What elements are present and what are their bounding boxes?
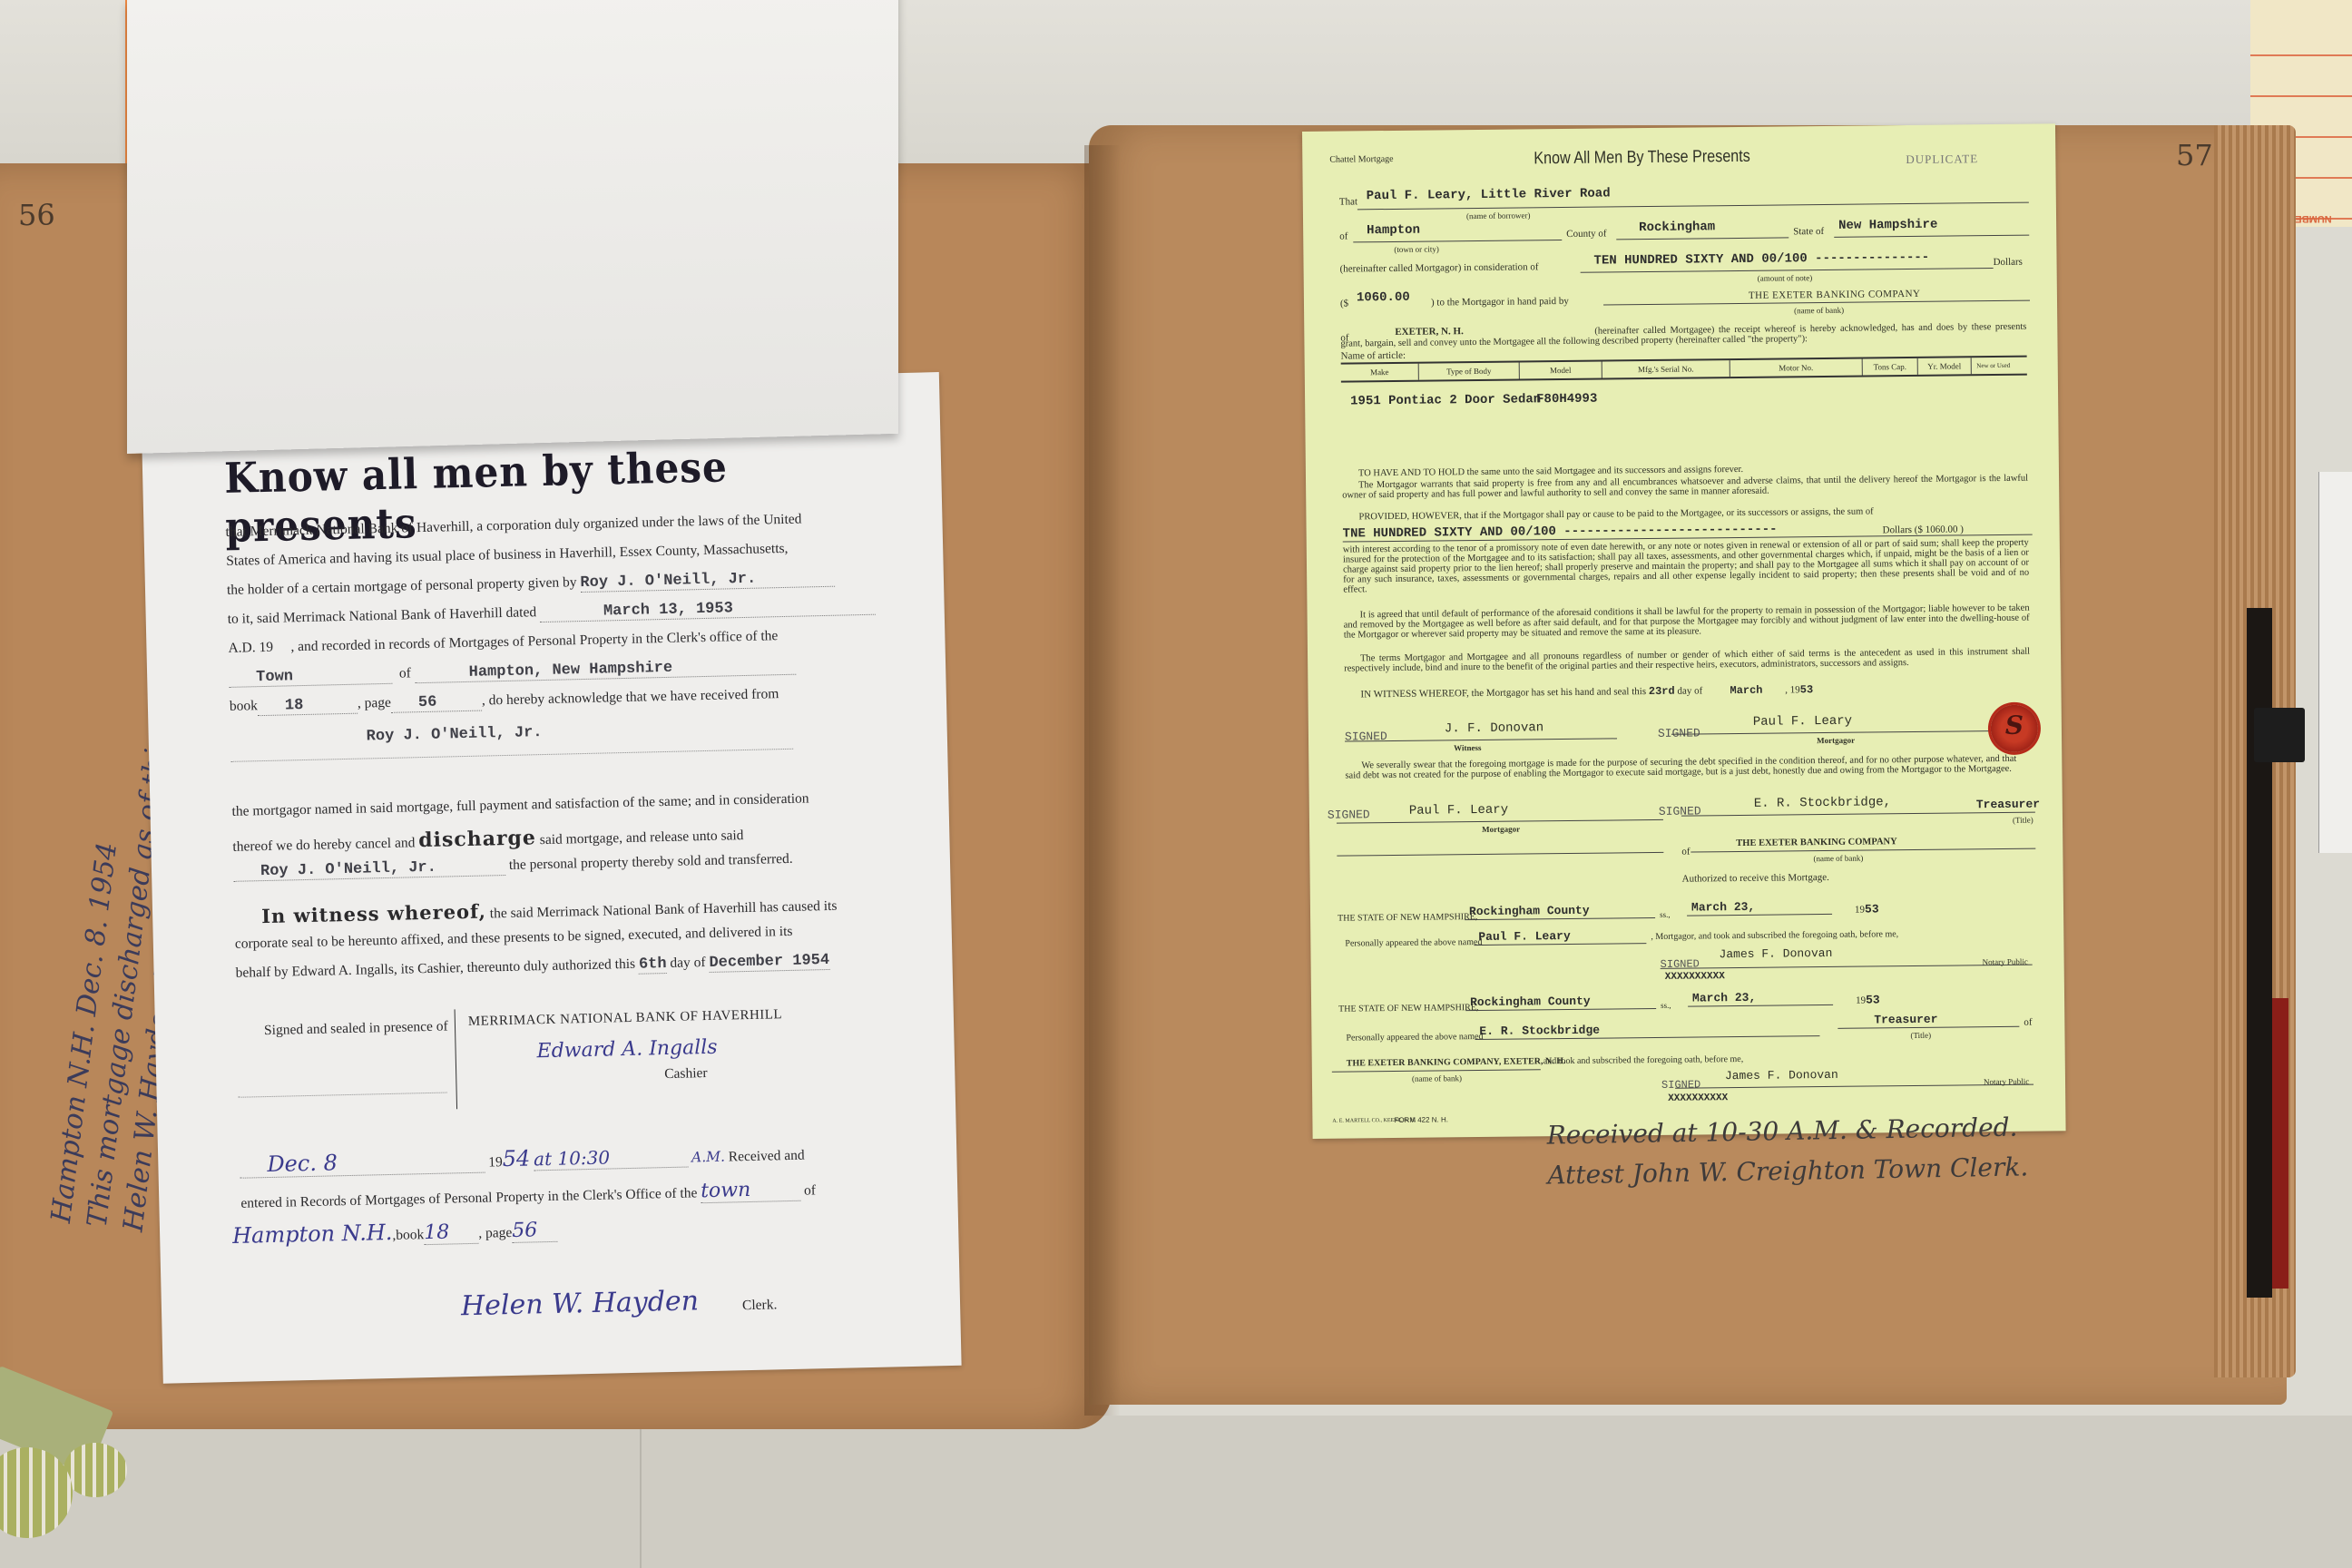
recording-book: 18: [424, 1220, 479, 1245]
witness-line: [239, 1092, 447, 1098]
divider: [455, 1009, 457, 1109]
state-label: State of: [1793, 226, 1824, 237]
dollars-amount-2: Dollars ($ 1060.00 ): [1883, 524, 1964, 535]
para-provided: PROVIDED, HOWEVER, that if the Mortgagor…: [1342, 505, 2028, 523]
loose-sheet: [2318, 472, 2352, 853]
ack1-notary: James F. Donovan: [1719, 946, 1832, 961]
doc-text: thereof we do hereby cancel and discharg…: [232, 821, 744, 857]
signed-label: SIGNED: [1661, 1078, 1700, 1091]
caption: (town or city): [1394, 244, 1439, 254]
caption: (name of bank): [1813, 854, 1863, 864]
col-make: Make: [1341, 364, 1418, 381]
mortgagor-signature: Paul F. Leary: [1753, 714, 1852, 730]
doc-text: In witness whereof, the said Merrimack N…: [261, 892, 838, 927]
county-label: County of: [1566, 228, 1606, 239]
recording-page: 56: [512, 1219, 558, 1243]
witness-line: IN WITNESS WHEREOF, the Mortgagor has se…: [1360, 683, 1813, 701]
ack2-county: Rockingham County: [1470, 995, 1591, 1009]
appeared-label: Personally appeared the above named: [1345, 937, 1482, 949]
caption: Notary Public: [1984, 1077, 2029, 1087]
consideration-label: (hereinafter called Mortgagor) in consid…: [1340, 261, 1539, 274]
recording-date: Dec. 8: [240, 1147, 485, 1179]
ack2-year: 1953: [1856, 993, 1880, 1006]
signed-label: SIGNED: [1328, 808, 1370, 821]
ack2-title: Treasurer: [1874, 1013, 1937, 1027]
state-field: New Hampshire: [1838, 218, 1937, 233]
town-field: Hampton, New Hampshire: [415, 657, 796, 684]
property-table-header: Make Type of Body Model Mfg.'s Serial No…: [1341, 356, 2027, 383]
recording-office: town: [701, 1178, 801, 1203]
signed-label: SIGNED: [1659, 804, 1701, 818]
col-new-used: New or Used: [1971, 358, 2015, 375]
treasurer-signature: E. R. Stockbridge,: [1754, 795, 1891, 811]
caption: (amount of note): [1758, 273, 1813, 283]
caption: Witness: [1454, 743, 1481, 752]
page-number-right: 57: [2176, 138, 2213, 172]
oath-text: We severally swear that the foregoing mo…: [1345, 754, 2016, 781]
town-field: Hampton: [1367, 223, 1420, 239]
bank-field: THE EXETER BANKING COMPANY: [1749, 289, 1921, 301]
that-label: That: [1339, 196, 1357, 207]
vehicle-serial: F80H4993: [1536, 392, 1597, 407]
vehicle-description: 1951 Pontiac 2 Door Sedan: [1350, 392, 1541, 408]
cashier-label: Cashier: [664, 1065, 708, 1083]
page-field: 56: [391, 693, 482, 713]
clerk-label: Clerk.: [742, 1297, 778, 1314]
recording-year: 54: [502, 1145, 530, 1171]
col-tons: Tons Cap.: [1862, 358, 1917, 376]
town-type-field: Town: [229, 666, 392, 688]
month-year-field: December 1954: [709, 952, 829, 973]
doc-text: corporate seal to be hereunto affixed, a…: [235, 924, 793, 953]
clip-disc: [64, 1443, 127, 1497]
chattel-mortgage-document: Chattel Mortgage Know All Men By These P…: [1302, 123, 2066, 1139]
caption: (name of bank): [1412, 1073, 1462, 1083]
mortgage-discharge-document: Know all men by these presents that Merr…: [141, 372, 962, 1384]
ack2-name: E. R. Stockbridge: [1479, 1024, 1600, 1038]
doc-text: the mortgagor named in said mortgage, fu…: [231, 790, 808, 819]
struck-title: XXXXXXXXXX: [1665, 971, 1725, 983]
form-number: FORM 422 N. H.: [1394, 1115, 1448, 1124]
doc-text: Town of Hampton, New Hampshire: [229, 657, 796, 688]
cashier-signature: Edward A. Ingalls: [536, 1036, 718, 1063]
struck-title: XXXXXXXXXX: [1668, 1093, 1728, 1104]
release-to-field: Roy J. O'Neill, Jr.: [233, 857, 505, 882]
borrower-field: Paul F. Leary, Little River Road: [1367, 186, 1611, 203]
folded-cover-sheet[interactable]: [127, 0, 898, 454]
dollars-label: Dollars: [1993, 257, 2023, 268]
caption: (Title): [1910, 1031, 1931, 1040]
day-field: 6th: [639, 955, 667, 975]
ack1-year: 1953: [1855, 902, 1879, 916]
ack1-date: March 23,: [1691, 900, 1755, 915]
recording-ampm: A.M.: [691, 1149, 725, 1166]
ack1-oath: , Mortgagor, and took and subscribed the…: [1651, 929, 1898, 942]
of-label: of: [2024, 1017, 2032, 1028]
caption: Mortgagor: [1482, 825, 1520, 834]
desk-surface-bottom: [0, 1416, 2352, 1568]
amount-prefix: ($: [1340, 298, 1348, 309]
signed-sealed-label: Signed and sealed in presence of: [264, 1018, 448, 1039]
received-from-field: Roy J. O'Neill, Jr.: [367, 724, 543, 745]
clerk-signature: Helen W. Hayden: [461, 1285, 700, 1322]
article-label: Name of article:: [1341, 350, 1406, 362]
book-spine: [1084, 145, 1121, 1416]
ack2-state: THE STATE OF NEW HAMPSHIRE,: [1338, 1003, 1478, 1014]
para-agreed: It is agreed that until default of perfo…: [1344, 603, 2030, 641]
ack1-name: Paul F. Leary: [1478, 929, 1571, 944]
desk-seam: [640, 1416, 642, 1568]
binder-clip-icon[interactable]: [2254, 708, 2305, 762]
col-year: Yr. Model: [1917, 358, 1971, 375]
mortgagor-signature-2: Paul F. Leary: [1409, 803, 1508, 818]
recording-line: Dec. 8 1954 at 10:30 A.M. Received and: [240, 1140, 805, 1179]
caption: (name of bank): [1794, 306, 1844, 316]
blank-line: [230, 748, 793, 762]
county-field: Rockingham: [1639, 220, 1715, 235]
of-label: of: [1681, 847, 1690, 857]
recording-time: at 10:30: [534, 1145, 689, 1171]
page-number-left: 56: [18, 198, 55, 232]
ack1-state: THE STATE OF NEW HAMPSHIRE,: [1338, 912, 1477, 924]
of-label: of: [1339, 230, 1347, 241]
doc-text: book18, page56, do hereby acknowledge th…: [230, 686, 779, 717]
ack2-date: March 23,: [1692, 991, 1756, 1005]
col-model: Model: [1519, 362, 1602, 379]
treasurer-title: Treasurer: [1976, 798, 2040, 812]
mortgage-date-field: March 13, 1953: [540, 597, 876, 622]
para-terms: The terms Mortgagor and Mortgagee and al…: [1344, 647, 2030, 674]
amount-field: 1060.00: [1357, 290, 1410, 306]
recording-line: Hampton N.H.,book18, page56: [232, 1216, 558, 1249]
caption: (name of borrower): [1466, 211, 1531, 220]
recording-place: Hampton N.H.: [232, 1220, 393, 1249]
ack2-notary: James F. Donovan: [1725, 1068, 1838, 1083]
ss-label: ss.,: [1661, 1001, 1671, 1010]
duplicate-label: DUPLICATE: [1906, 152, 1978, 167]
of-bank-field: THE EXETER BANKING COMPANY: [1736, 837, 1897, 848]
form-type: Chattel Mortgage: [1329, 154, 1393, 165]
col-motor: Motor No.: [1730, 359, 1862, 377]
ack2-oath: and took and subscribed the foregoing oa…: [1543, 1054, 1744, 1066]
red-ribbon: [2272, 998, 2288, 1289]
bank-name: MERRIMACK NATIONAL BANK OF HAVERHILL: [468, 1007, 783, 1030]
caption: Notary Public: [1983, 957, 2028, 967]
chattel-title: Know All Men By These Presents: [1534, 147, 1750, 169]
ack2-bank: THE EXETER BANKING COMPANY, EXETER, N. H…: [1347, 1056, 1566, 1069]
appeared-label: Personally appeared the above named: [1346, 1032, 1483, 1044]
doc-text: Roy J. O'Neill, Jr. the personal propert…: [233, 851, 793, 882]
col-body: Type of Body: [1418, 363, 1519, 380]
doc-text: behalf by Edward A. Ingalls, its Cashier…: [235, 952, 829, 984]
recording-line: entered in Records of Mortgages of Perso…: [240, 1177, 816, 1213]
caption: (Title): [2013, 816, 2033, 825]
recording-attestation: Received at 10-30 A.M. & Recorded. Attes…: [1546, 1107, 2028, 1195]
book-field: 18: [258, 696, 358, 716]
caption: Mortgagor: [1817, 736, 1855, 745]
ack1-county: Rockingham County: [1469, 904, 1590, 918]
witness-heading: In witness whereof,: [261, 900, 486, 928]
doc-text: to it, said Merrimack National Bank of H…: [228, 597, 877, 630]
ss-label: ss.,: [1660, 910, 1671, 919]
amount-words-field: TEN HUNDRED SIXTY AND 00/100 -----------…: [1593, 250, 1929, 269]
authorized-text: Authorized to receive this Mortgage.: [1682, 872, 1829, 885]
doc-text: A.D. 19 , and recorded in records of Mor…: [228, 628, 778, 657]
paid-by-label: ) to the Mortgagor in hand paid by: [1431, 296, 1569, 309]
doc-text: the holder of a certain mortgage of pers…: [227, 569, 835, 601]
para-interest: with interest according to the tenor of …: [1343, 538, 2030, 595]
mortgagor-field: Roy J. O'Neill, Jr.: [580, 569, 834, 593]
witness-signature: J. F. Donovan: [1445, 720, 1543, 736]
attestation-line: Attest John W. Creighton Town Clerk.: [1547, 1147, 2029, 1195]
col-serial: Mfg.'s Serial No.: [1602, 360, 1730, 377]
corporate-seal-icon: S: [1991, 705, 2039, 753]
discharge-word: discharge: [418, 826, 536, 852]
